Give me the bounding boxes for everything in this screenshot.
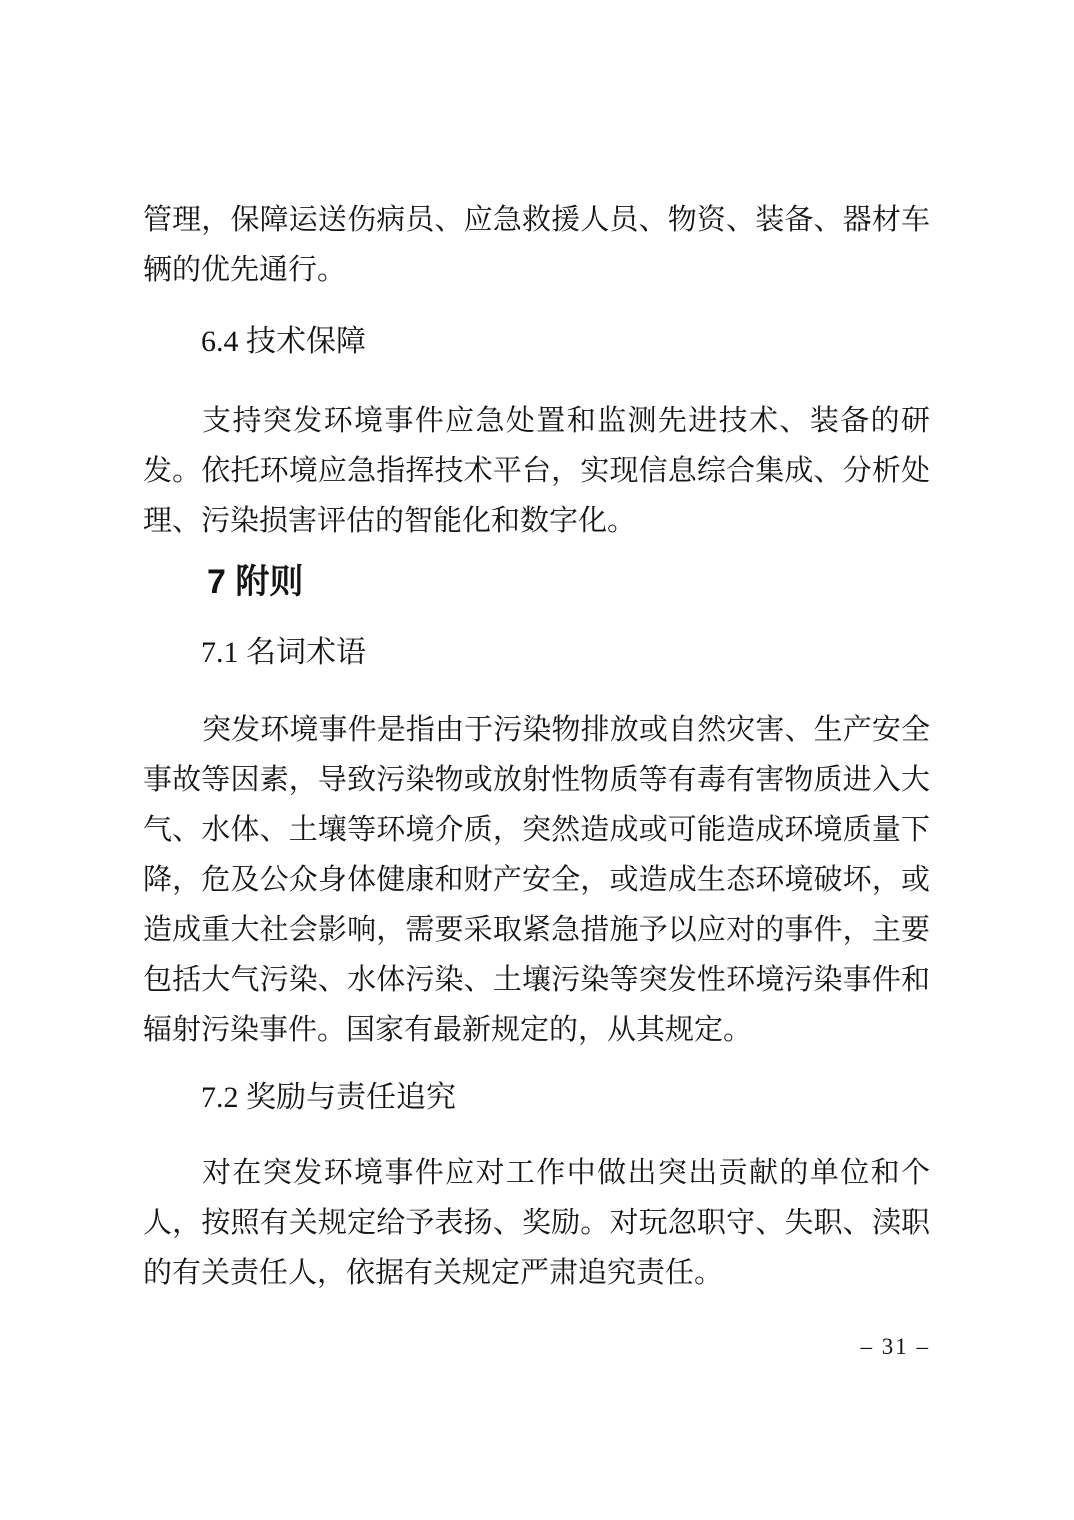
text-line: 事故等因素，导致污染物或放射性物质等有毒有害物质进入大	[143, 755, 930, 805]
paragraph-continuation: 管理，保障运送伤病员、应急救援人员、物资、装备、器材车 辆的优先通行。	[143, 195, 930, 295]
text-line: 包括大气污染、水体污染、土壤污染等突发性环境污染事件和	[143, 955, 930, 1005]
paragraph-7-1: 突发环境事件是指由于污染物排放或自然灾害、生产安全 事故等因素，导致污染物或放射…	[143, 705, 930, 1055]
text-line: 管理，保障运送伤病员、应急救援人员、物资、装备、器材车	[143, 195, 930, 245]
paragraph-6-4: 支持突发环境事件应急处置和监测先进技术、装备的研 发。依托环境应急指挥技术平台，…	[143, 396, 930, 546]
text-line: 对在突发环境事件应对工作中做出突出贡献的单位和个	[143, 1148, 930, 1198]
section-heading-7-1: 7.1 名词术语	[143, 635, 988, 671]
section-heading-7-2: 7.2 奖励与责任追究	[143, 1080, 988, 1116]
paragraph-7-2: 对在突发环境事件应对工作中做出突出贡献的单位和个 人，按照有关规定给予表扬、奖励…	[143, 1148, 930, 1298]
chapter-heading-7: 7 附则	[143, 563, 994, 601]
text-line: 降，危及公众身体健康和财产安全，或造成生态环境破坏，或	[143, 855, 930, 905]
text-line: 理、污染损害评估的智能化和数字化。	[143, 496, 930, 546]
text-line: 气、水体、土壤等环境介质，突然造成或可能造成环境质量下	[143, 805, 930, 855]
document-page: 管理，保障运送伤病员、应急救援人员、物资、装备、器材车 辆的优先通行。 6.4 …	[0, 0, 1074, 1520]
text-line: 的有关责任人，依据有关规定严肃追究责任。	[143, 1248, 930, 1298]
text-line: 发。依托环境应急指挥技术平台，实现信息综合集成、分析处	[143, 446, 930, 496]
page-number: – 31 –	[861, 1334, 931, 1360]
text-line: 辆的优先通行。	[143, 245, 930, 295]
text-line: 支持突发环境事件应急处置和监测先进技术、装备的研	[143, 396, 930, 446]
text-line: 突发环境事件是指由于污染物排放或自然灾害、生产安全	[143, 705, 930, 755]
section-heading-6-4: 6.4 技术保障	[143, 324, 988, 360]
text-line: 人，按照有关规定给予表扬、奖励。对玩忽职守、失职、渎职	[143, 1198, 930, 1248]
text-line: 造成重大社会影响，需要采取紧急措施予以应对的事件，主要	[143, 905, 930, 955]
text-line: 辐射污染事件。国家有最新规定的，从其规定。	[143, 1005, 930, 1055]
